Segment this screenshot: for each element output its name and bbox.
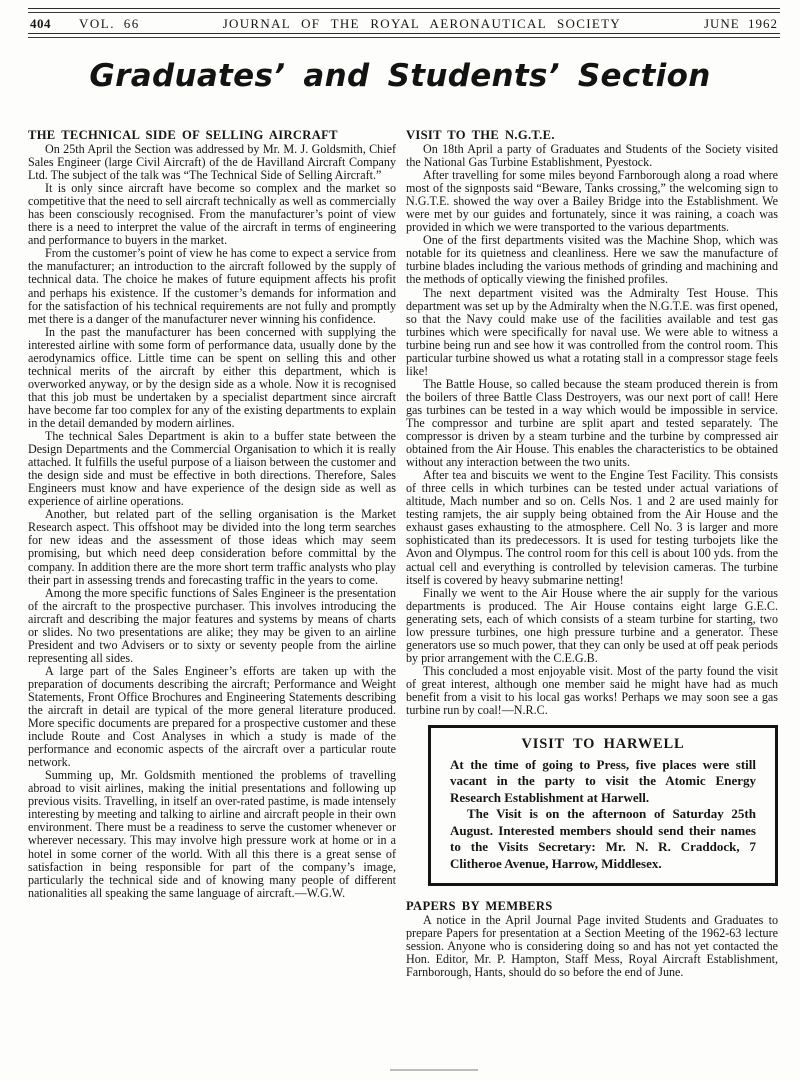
paragraph: This concluded a most enjoyable visit. M… xyxy=(406,665,778,717)
journal-page: 404 VOL. 66 JOURNAL OF THE ROYAL AERONAU… xyxy=(0,0,800,1080)
paragraph: On 18th April a party of Graduates and S… xyxy=(406,143,778,169)
issue-date: JUNE 1962 xyxy=(704,16,778,31)
running-header: 404 VOL. 66 JOURNAL OF THE ROYAL AERONAU… xyxy=(28,8,780,38)
article-heading: VISIT TO THE N.G.T.E. xyxy=(406,128,778,142)
paragraph: On 25th April the Section was addressed … xyxy=(28,143,396,182)
paragraph: The Battle House, so called because the … xyxy=(406,378,778,469)
paragraph: One of the first departments visited was… xyxy=(406,234,778,286)
paragraph: From the customer’s point of view he has… xyxy=(28,247,396,325)
paragraph: Another, but related part of the selling… xyxy=(28,508,396,586)
notice-paragraph: At the time of going to Press, five plac… xyxy=(450,757,756,807)
paragraph: It is only since aircraft have become so… xyxy=(28,182,396,247)
paragraph: Among the more specific functions of Sal… xyxy=(28,587,396,665)
paragraph: The technical Sales Department is akin t… xyxy=(28,430,396,508)
page-title: Graduates’ and Students’ Section xyxy=(0,58,800,94)
article-heading-papers-by-members: PAPERS BY MEMBERS xyxy=(406,899,778,913)
paragraph: After travelling for some miles beyond F… xyxy=(406,169,778,234)
paragraph: After tea and biscuits we went to the En… xyxy=(406,469,778,586)
paragraph: A notice in the April Journal Page invit… xyxy=(406,914,778,979)
paragraph: The next department visited was the Admi… xyxy=(406,287,778,378)
harwell-notice-box: VISIT TO HARWELL At the time of going to… xyxy=(428,725,778,886)
scan-artifact-mark xyxy=(390,1069,478,1071)
article-technical-side-of-selling-aircraft: THE TECHNICAL SIDE OF SELLING AIRCRAFT O… xyxy=(28,128,396,979)
journal-title: JOURNAL OF THE ROYAL AERONAUTICAL SOCIET… xyxy=(140,16,704,31)
paragraph: A large part of the Sales Engineer’s eff… xyxy=(28,665,396,769)
paragraph: In the past the manufacturer has been co… xyxy=(28,326,396,430)
article-heading: THE TECHNICAL SIDE OF SELLING AIRCRAFT xyxy=(28,128,396,142)
paragraph: Summing up, Mr. Goldsmith mentioned the … xyxy=(28,769,396,899)
article-visit-to-ngte: VISIT TO THE N.G.T.E. On 18th April a pa… xyxy=(406,128,778,979)
header-row: 404 VOL. 66 JOURNAL OF THE ROYAL AERONAU… xyxy=(28,13,780,33)
paragraph: Finally we went to the Air House where t… xyxy=(406,587,778,665)
header-rule-bottom xyxy=(28,33,780,38)
notice-paragraph: The Visit is on the afternoon of Saturda… xyxy=(450,806,756,872)
two-column-layout: THE TECHNICAL SIDE OF SELLING AIRCRAFT O… xyxy=(28,128,778,979)
volume-label: VOL. 66 xyxy=(79,16,140,31)
notice-heading: VISIT TO HARWELL xyxy=(450,736,756,753)
page-number: 404 xyxy=(30,16,51,31)
